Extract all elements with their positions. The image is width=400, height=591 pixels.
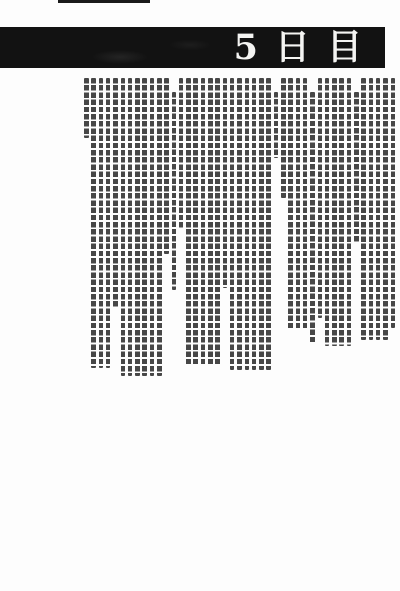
scan-artifact [58,0,150,3]
redacted-text-column [376,78,381,340]
redacted-text-column [296,78,301,330]
redacted-text-column [201,78,206,366]
redacted-text-column [245,78,250,370]
redacted-text-column [121,78,126,376]
redacted-paragraph [351,78,358,242]
redacted-text-column [208,78,213,366]
redacted-text-column [318,78,323,318]
redacted-text-column [150,78,155,376]
redacted-text-column [332,78,337,346]
redacted-text-column [383,78,388,340]
redacted-paragraph [110,78,161,376]
redacted-text-column [193,78,198,366]
redacted-paragraph [315,78,351,346]
chapter-banner: 5日目 [0,27,385,68]
redacted-text-column [325,78,330,346]
redacted-paragraph [220,78,271,370]
redacted-text-column [281,78,286,198]
redacted-paragraph [176,78,220,366]
redacted-paragraph [271,78,278,158]
redacted-text-column [252,78,257,370]
redacted-text-column [84,78,89,138]
redacted-paragraph [81,78,110,368]
chapter-title: 5日目 [234,27,385,68]
redacted-text-column [91,78,96,368]
redacted-text-column [230,78,235,370]
redacted-paragraph [278,78,314,344]
redacted-paragraph [162,78,177,290]
redacted-text-column [369,78,374,340]
redacted-text-column [164,78,169,254]
redacted-text-column [391,78,396,328]
redacted-text-column [186,78,191,366]
redacted-text-column [259,78,264,370]
redacted-text-column [99,78,104,368]
scanned-page: 5日目 [0,0,400,591]
redacted-text-column [237,78,242,370]
redacted-text-column [223,78,228,288]
redacted-text-column [113,78,118,308]
redacted-text-column [339,78,344,346]
redacted-text-column [361,78,366,340]
redacted-text-column [303,78,308,330]
redacted-paragraph [359,78,395,340]
redacted-text-column [135,78,140,376]
redacted-text-column [288,78,293,330]
redacted-text-column [179,78,184,228]
redacted-text-column [128,78,133,376]
body-text-block-redacted [63,78,395,388]
redacted-text-column [142,78,147,376]
